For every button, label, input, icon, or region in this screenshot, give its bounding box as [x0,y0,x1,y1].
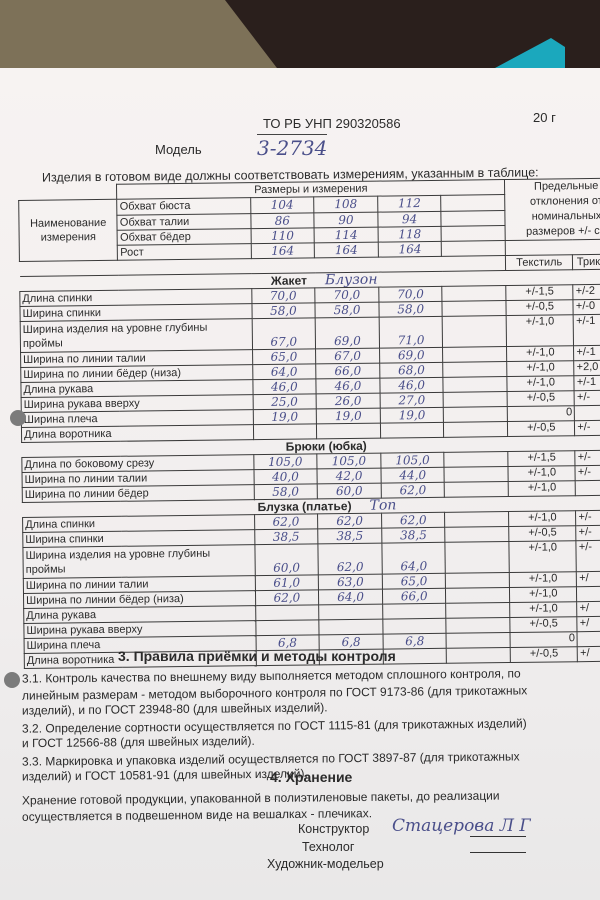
measurement-value: 58,0 [379,301,443,317]
measurement-table: Размеры и измеренияПредельные отклонения… [18,178,600,669]
measurement-value: 63,0 [318,574,382,590]
size-label: Обхват бюста [117,198,250,216]
tolerance-knit: +/-0 [573,299,600,315]
measurement-value [446,603,510,619]
measurement-value: 68,0 [380,362,444,378]
tolerance-textile: +/-0,5 [506,300,573,316]
size-value: 164 [251,243,315,259]
tolerance-knit: +2,0 [574,360,600,376]
measurement-value [445,542,509,574]
measurement-value: 62,0 [254,514,318,530]
tolerance-knit: +/ [577,616,600,632]
measurement-value: 70,0 [251,288,315,304]
measurement-value [444,467,508,483]
measurement-value [444,422,508,438]
tolerance-knit: +/- [576,510,600,526]
size-label: Обхват талии [117,214,250,231]
measurement-value [446,618,510,634]
tolerance-col-header: Текстиль [506,255,573,271]
measurement-value: 61,0 [255,575,319,591]
measurement-value: 67,0 [252,318,316,350]
measurement-value [447,648,511,664]
size-label: Обхват бёдер [117,229,250,246]
constructor-signature-line [470,836,526,837]
constructor-signature: Стацерова Л Г [392,816,531,836]
measurement-value [317,423,381,439]
tolerance-knit: +/- [575,450,600,466]
tolerance-textile: 0 [510,632,577,648]
size-value: 90 [314,212,378,228]
tolerance-knit: +/- [574,390,600,406]
tolerance-knit: +/-1 [574,375,600,391]
measurement-value: 19,0 [316,408,380,424]
tolerance-knit: +/ [577,601,600,617]
tolerance-textile: +/-1,0 [509,541,577,573]
tolerance-knit [575,405,600,421]
size-value: 94 [378,211,442,227]
tolerance-textile: +/-0,5 [507,391,574,407]
measurement-value: 60,0 [317,483,381,499]
tolerance-textile: +/-0,5 [510,647,577,663]
measurement-value: 105,0 [317,453,381,469]
measurement-value [442,301,506,317]
tolerance-knit: +/- [575,465,600,481]
measurement-value: 46,0 [380,377,444,393]
measurement-value: 58,0 [315,302,379,318]
measurement-value: 71,0 [379,316,443,348]
measurement-value: 42,0 [317,468,381,484]
measurement-value [255,605,319,621]
tolerance-textile: +/-1,0 [510,587,577,603]
tolerance-col-header: Трикотаж [573,254,600,270]
measurement-value: 66,0 [316,363,380,379]
measurement-value: 70,0 [315,287,379,303]
handwritten-annotation: Топ [369,497,396,513]
tolerance-knit: +/- [576,525,600,541]
measurement-value [442,286,506,302]
tolerance-textile: +/-0,5 [509,526,576,542]
measurement-value [255,620,319,636]
section-4-title: 4. Хранение [270,769,352,785]
measurement-value [444,407,508,423]
tolerance-knit [577,586,600,602]
tolerance-knit: +/ [577,571,600,587]
tolerance-knit [577,631,600,647]
tolerance-textile: +/-1,5 [506,285,573,301]
tolerance-textile: +/-1,0 [508,466,575,482]
constructor-label: Конструктор [298,822,369,836]
technologist-signature-line [470,852,526,853]
measurement-value: 40,0 [254,469,318,485]
background-tape [495,38,565,68]
measurement-value: 69,0 [315,317,379,349]
measurement-value: 19,0 [253,409,317,425]
section-title: Брюки (юбка) [286,438,367,453]
measurement-value [382,603,446,619]
size-value: 118 [378,226,442,242]
paragraph-line: изделий) и ГОСТ 10581-91 (для швейных из… [22,766,308,786]
measurement-value [445,527,509,543]
tolerance-knit [575,480,600,496]
tolerance-textile: +/-1,0 [508,481,575,497]
handwritten-annotation: Блузон [325,271,378,288]
measurement-value [319,619,383,635]
measurement-value: 58,0 [254,484,318,500]
tolerance-textile: +/-1,0 [507,361,574,377]
measurement-value: 69,0 [379,347,443,363]
tolerance-textile: +/-0,5 [510,617,577,633]
size-value: 114 [314,227,378,243]
size-value: 86 [250,213,314,229]
paragraph-line: изделий), и по ГОСТ 23948-80 (для швейны… [22,699,328,719]
measurement-value [445,512,509,528]
measurement-value [443,347,507,363]
section-title: Блузка (платье) [257,498,351,513]
measurement-value: 67,0 [316,348,380,364]
measurement-value: 62,0 [318,513,382,529]
tolerance-knit: +/-2 [573,284,600,300]
measurement-value: 70,0 [379,286,443,302]
measurement-value: 25,0 [253,394,317,410]
measurement-value: 66,0 [382,588,446,604]
tolerance-header: Предельные отклонения от номинальных раз… [505,178,600,240]
size-label: Рост [118,244,251,261]
measurement-value: 64,0 [252,364,316,380]
section-3-title: 3. Правила приёмки и методы контроля [118,648,396,664]
size-value: 104 [250,197,314,214]
measurement-value [443,316,507,348]
size-value: 164 [378,241,442,257]
tolerance-textile: 0 [507,406,574,422]
measurement-value: 44,0 [381,467,445,483]
tolerance-knit: +/- [576,540,600,572]
tolerance-textile: +/-1,0 [507,376,574,392]
punch-hole-icon [4,672,20,688]
size-value: 108 [314,196,378,213]
measurement-value: 38,5 [254,529,318,545]
background-floor [0,0,290,72]
measurement-value: 64,0 [382,542,446,574]
measurement-value: 64,0 [319,589,383,605]
measurement-value [443,377,507,393]
tolerance-textile: +/-0,5 [508,421,575,437]
tolerance-textile: +/-1,0 [506,315,574,347]
measurement-value: 27,0 [380,392,444,408]
measurement-value [444,392,508,408]
measurement-value: 105,0 [253,454,317,470]
punch-hole-icon [10,410,26,426]
measurement-value: 65,0 [382,573,446,589]
measurement-value: 62,0 [318,543,382,575]
tolerance-knit: +/-1 [574,345,600,361]
measurement-value: 38,5 [318,528,382,544]
tolerance-textile: +/-1,5 [508,451,575,467]
measurement-value [319,604,383,620]
year-field: 20 г [533,110,556,125]
size-value: 110 [251,228,315,244]
measurement-value: 60,0 [254,544,318,576]
size-value: 112 [377,195,441,212]
measurement-value [253,424,317,440]
tolerance-knit: +/ [578,646,600,662]
measurement-value: 62,0 [381,482,445,498]
size-value: 164 [314,242,378,258]
measurement-value: 46,0 [252,379,316,395]
measurement-value [446,588,510,604]
tolerance-textile: +/-1,0 [507,346,574,362]
measurement-label: Ширина изделия на уровне глубины проймы [20,319,252,353]
designer-label: Художник-модельер [267,857,384,871]
measurement-value [446,573,510,589]
measurement-value: 6,8 [383,633,447,649]
measurement-value: 62,0 [255,590,319,606]
tolerance-textile: +/-1,0 [509,572,576,588]
tolerance-knit: +/-1 [573,314,600,346]
measurement-value: 38,5 [382,527,446,543]
measurement-value: 105,0 [381,452,445,468]
tolerance-textile: +/-1,0 [509,511,576,527]
tolerance-textile: +/-1,0 [510,602,577,618]
technologist-label: Технолог [302,840,354,854]
measurement-label: Ширина изделия на уровне глубины проймы [23,545,255,579]
tolerance-knit: +/- [575,420,600,436]
measurement-value: 62,0 [381,512,445,528]
measurement-value [446,633,510,649]
name-column-header: Наименование измерения [19,199,118,261]
measurement-value [383,618,447,634]
measurement-value: 19,0 [380,407,444,423]
measurement-value [444,452,508,468]
paragraph-line: и ГОСТ 12566-88 (для швейных изделий). [22,733,255,752]
measurement-value [443,362,507,378]
measurement-value: 65,0 [252,349,316,365]
measurement-value [380,422,444,438]
model-label: Модель [155,142,202,157]
measurement-value: 26,0 [316,393,380,409]
measurement-value: 46,0 [316,378,380,394]
registration-number: ТО РБ УНП 290320586 [263,116,401,131]
measurement-value: 58,0 [251,303,315,319]
section-title: Жакет [271,273,307,287]
measurement-value [445,482,509,498]
model-value: 3-2734 [257,134,327,160]
